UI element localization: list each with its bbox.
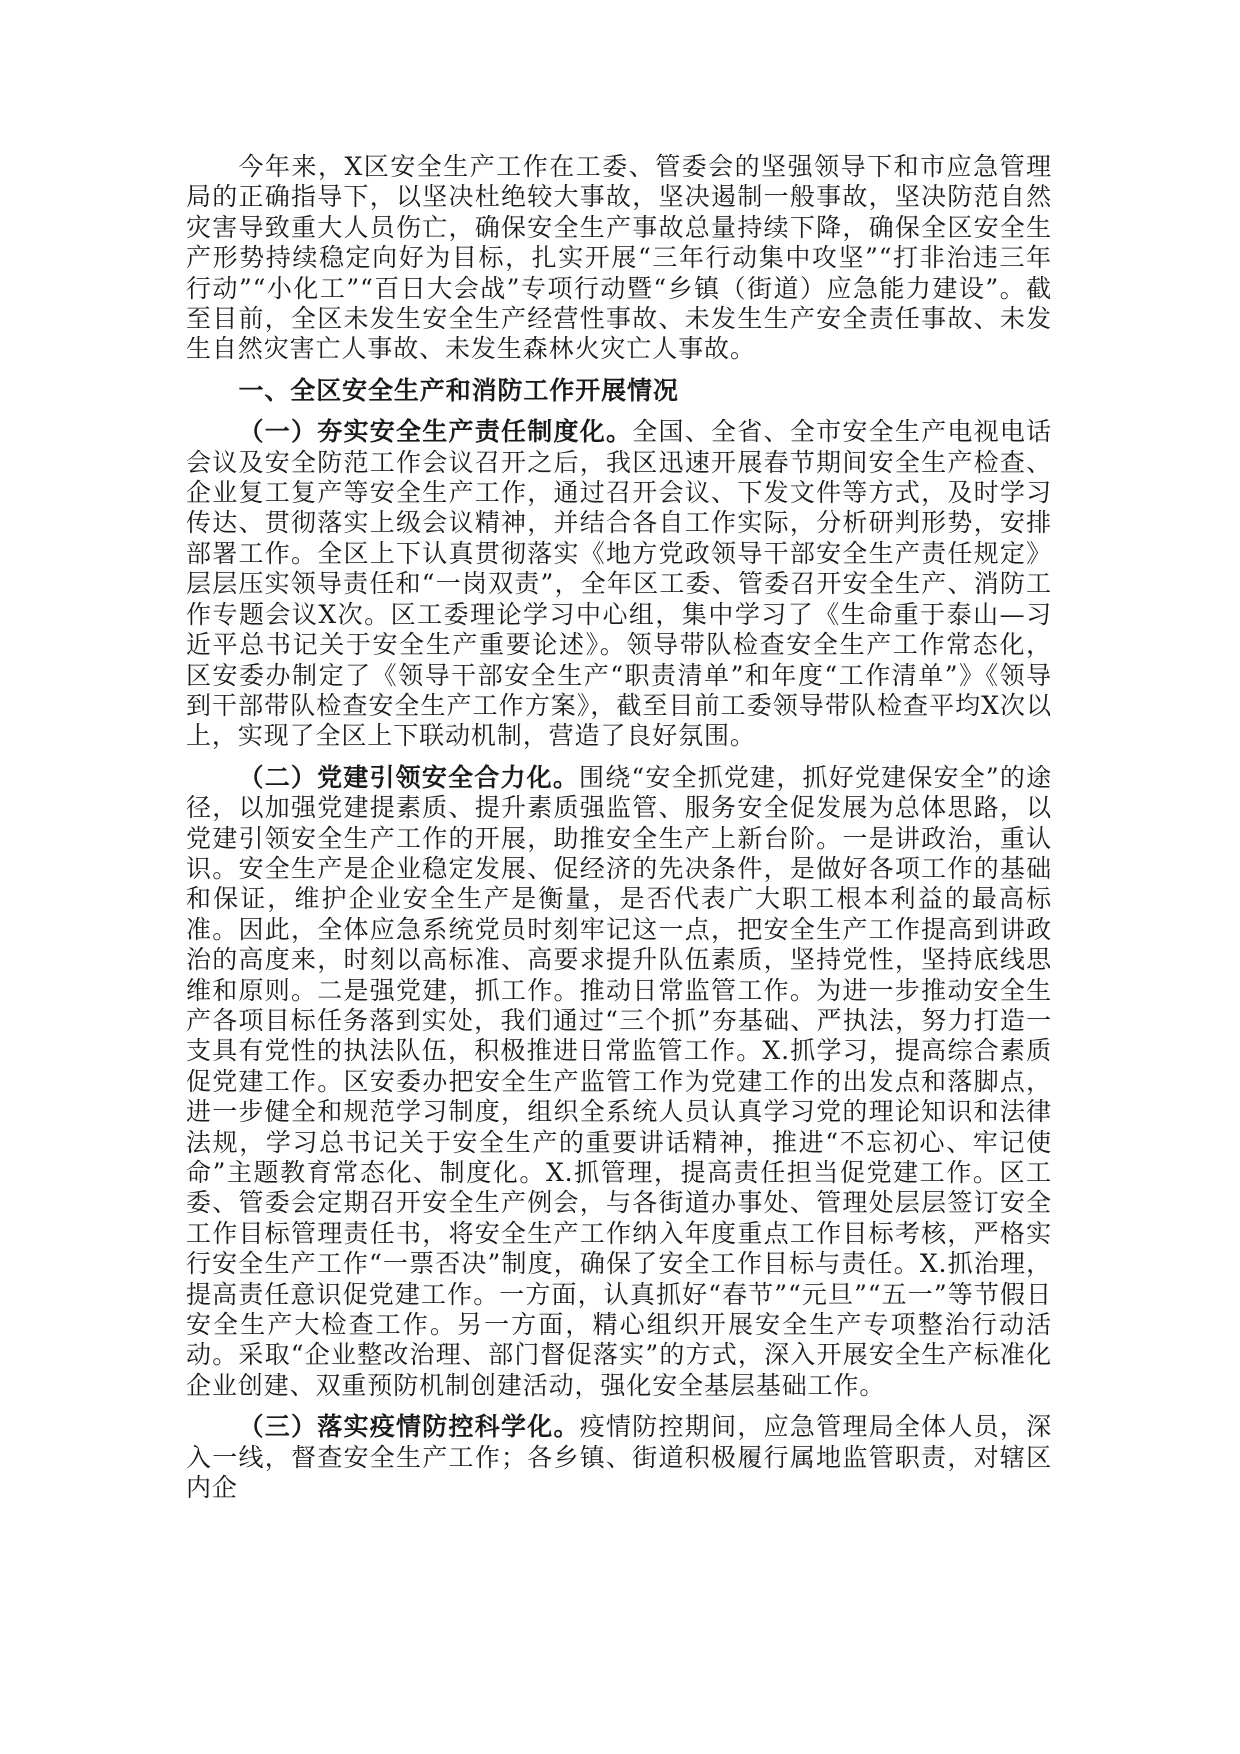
- item-body-text: 全国、全省、全市安全生产电视电话会议及安全防范工作会议召开之后，我区迅速开展春节…: [186, 417, 1052, 750]
- intro-paragraph: 今年来，X区安全生产工作在工委、管委会的坚强领导下和市应急管理局的正确指导下，以…: [186, 152, 1052, 365]
- section-heading: 一、全区安全生产和消防工作开展情况: [186, 376, 1052, 406]
- item-lead-title: （三）落实疫情防控科学化。: [239, 1412, 580, 1441]
- item-lead-title: （一）夯实安全生产责任制度化。: [239, 417, 633, 446]
- section-item-3: （三）落实疫情防控科学化。疫情防控期间，应急管理局全体人员，深入一线，督查安全生…: [186, 1412, 1052, 1503]
- section-item-1: （一）夯实安全生产责任制度化。全国、全省、全市安全生产电视电话会议及安全防范工作…: [186, 417, 1052, 751]
- document-page: 今年来，X区安全生产工作在工委、管委会的坚强领导下和市应急管理局的正确指导下，以…: [186, 152, 1052, 1514]
- item-lead-title: （二）党建引领安全合力化。: [239, 763, 580, 792]
- item-body-text: 围绕“安全抓党建，抓好党建保安全”的途径，以加强党建提素质、提升素质强监管、服务…: [186, 763, 1052, 1400]
- section-item-2: （二）党建引领安全合力化。围绕“安全抓党建，抓好党建保安全”的途径，以加强党建提…: [186, 763, 1052, 1402]
